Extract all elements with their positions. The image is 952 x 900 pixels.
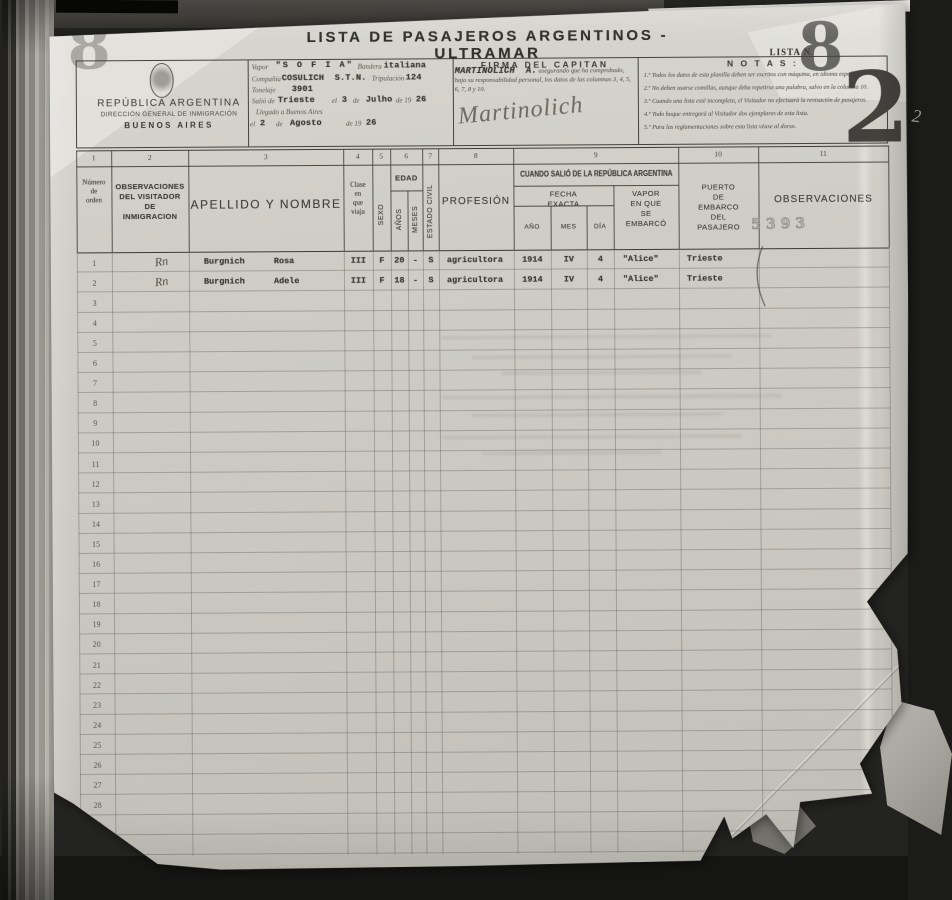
row-order-number: 3: [93, 299, 97, 308]
column-number: 7: [428, 151, 432, 160]
cell-apellido: Burgnich: [204, 256, 245, 266]
tripulacion-value: 124: [406, 72, 422, 82]
cell-vapor: "Alice": [623, 254, 659, 264]
row-order-number: 5: [93, 339, 97, 348]
table-line: [513, 185, 678, 187]
row-order-number: 28: [94, 801, 102, 810]
cell-edad-anos: 18: [394, 276, 404, 286]
col-header-vapor: VAPOR EN QUE SE EMBARCÓ: [626, 189, 667, 229]
nota-item: 3.º Cuando una lista esté incompleta, el…: [644, 97, 867, 105]
cell-estado-civil: S: [428, 255, 433, 265]
table-line: [587, 205, 588, 249]
column-number: 2: [148, 153, 152, 162]
cell-clase: III: [351, 256, 366, 266]
llegado-label: Llegado a Buenos Aires: [256, 108, 323, 116]
row-order-number: 7: [93, 379, 97, 388]
vapor-label: Vapor: [252, 63, 269, 71]
col-header-observaciones: OBSERVACIONES: [774, 194, 873, 206]
row-order-number: 25: [93, 741, 101, 750]
row-order-number: 6: [93, 359, 97, 368]
row-order-number: 21: [93, 660, 101, 669]
table-line: [613, 185, 614, 249]
table-line: [551, 206, 552, 250]
compania-value: COSULICH S.T.N.: [282, 73, 367, 84]
column-number: 11: [820, 149, 827, 158]
nota-item: 4.º Todo buque entregará al Visitador do…: [644, 110, 808, 118]
column-number: 6: [404, 151, 408, 160]
row-order-number: 29: [94, 821, 102, 830]
llegado-day: 2: [260, 118, 265, 128]
bandera-label: Bandera: [358, 63, 382, 71]
cell-salida-ano: 1914: [522, 255, 542, 265]
pen-crease-mark: [751, 244, 769, 308]
cell-salida-mes: IV: [564, 275, 574, 285]
column-number: 8: [474, 151, 478, 160]
row-order-number: 12: [92, 479, 100, 488]
salio-year: 26: [416, 94, 427, 104]
row-order-number: 9: [93, 419, 97, 428]
row-order-number: 1: [92, 258, 96, 267]
column-number: 1: [92, 153, 96, 162]
row-order-number: 30: [94, 841, 102, 850]
salio-day: 3: [342, 95, 347, 105]
col-header-anos: AÑOS: [396, 209, 403, 231]
captain-name: MARTINOLICH A.: [455, 66, 537, 77]
tonelaje-label: Tonelaje: [252, 86, 276, 94]
notas-heading: N O T A S :: [688, 58, 838, 69]
tripulacion-label: Tripulación: [372, 74, 405, 82]
row-order-number: 23: [93, 701, 101, 710]
col-header-mes: MES: [561, 223, 577, 230]
cell-profesion: agricultora: [447, 275, 503, 285]
column-number: 10: [714, 150, 722, 159]
cell-edad-anos: 20: [394, 255, 404, 265]
row-order-number: 27: [94, 781, 102, 790]
col-header-profesion: PROFESIÓN: [442, 196, 510, 207]
col-header-apellido-y-nombre: APELLIDO Y NOMBRE: [190, 197, 341, 212]
cell-sexo: F: [379, 256, 384, 266]
cell-nombre: Rosa: [274, 256, 294, 266]
nota-item: 1.º Todos los datos de esta planilla deb…: [644, 71, 860, 79]
llegado-el-label: el: [250, 120, 255, 128]
row-order-number: 4: [93, 319, 97, 328]
table-line: [76, 162, 888, 168]
cell-mark: Rn: [154, 254, 169, 271]
col-header-sexo: SEXO: [378, 204, 385, 225]
cell-salida-ano: 1914: [522, 275, 542, 285]
registry-number-stamp: 5393: [738, 215, 822, 233]
col-header-estado-civil: ESTADO CIVIL: [427, 184, 434, 238]
llegado-de19-label: de 19: [346, 120, 361, 128]
nota-item: 2.º No deben usarse comillas, aunque deb…: [644, 84, 868, 92]
row-order-number: 17: [92, 580, 100, 589]
row-order-number: 24: [93, 721, 101, 730]
column-number: 4: [356, 152, 360, 161]
row-order-number: 20: [93, 640, 101, 649]
col-header-observaciones-visitador: OBSERVACIONES DEL VISITADOR DE INMIGRACI…: [115, 182, 184, 222]
row-order-number: 11: [92, 459, 100, 468]
cell-nombre: Adele: [274, 276, 300, 286]
salio-month: Julho: [366, 95, 393, 105]
el-label: el: [332, 97, 337, 105]
agency-department: DIRECCIÓN GENERAL DE INMIGRACIÓN: [86, 110, 252, 118]
cell-puerto-embarco: Trieste: [687, 254, 723, 264]
cell-profesion: agricultora: [447, 255, 503, 265]
col-header-clase: Clase en que viaja: [350, 181, 366, 217]
coat-of-arms-seal: [150, 63, 174, 98]
col-header-edad: EDAD: [395, 173, 418, 183]
row-order-number: 13: [92, 500, 100, 509]
tonelaje-value: 3901: [292, 84, 313, 94]
col-header-puerto: PUERTO DE EMBARCO DEL PASAJERO: [697, 182, 740, 232]
vapor-value: "S O F I A": [276, 60, 354, 70]
column-number: 3: [264, 152, 268, 161]
col-header-meses: MESES: [412, 206, 419, 233]
table-line: [390, 190, 422, 191]
salio-label: Salió de: [252, 97, 275, 105]
bandera-value: italiana: [384, 60, 426, 70]
cell-clase: III: [351, 276, 366, 286]
llegado-year: 26: [366, 118, 377, 128]
col-header-dia: DÍA: [594, 223, 606, 230]
agency-city: BUENOS AIRES: [94, 120, 244, 130]
cell-sexo: F: [379, 276, 384, 286]
cell-puerto-embarco: Trieste: [687, 274, 723, 284]
nota-item: 5.º Para las reglamentaciones sobre esta…: [644, 123, 796, 131]
row-order-number: 8: [93, 399, 97, 408]
compania-label: Compañía: [252, 75, 281, 83]
cell-salida-dia: 4: [598, 254, 603, 264]
column-number: 9: [594, 150, 598, 159]
document-page: 8 LISTA DE PASAJEROS ARGENTINOS - ULTRAM…: [49, 1, 912, 898]
cell-mark: Rn: [154, 274, 169, 291]
row-order-number: 18: [92, 600, 100, 609]
row-order-number: 26: [93, 761, 101, 770]
row-order-number: 10: [91, 439, 99, 448]
cell-edad-meses: -: [413, 255, 418, 265]
cell-vapor: "Alice": [623, 274, 659, 284]
col-header-ano: AÑO: [524, 224, 540, 231]
column-number: 5: [379, 152, 383, 161]
book-binding-edges: [2, 0, 54, 900]
salio-port: Trieste: [278, 95, 315, 105]
de19-label: de 19: [396, 96, 411, 104]
row-order-number: 22: [93, 680, 101, 689]
llegado-de-label: de: [276, 120, 283, 128]
col-header-cuando-salio: CUANDO SALIÓ DE LA REPÚBLICA ARGENTINA: [520, 169, 672, 179]
de-label: de: [353, 97, 360, 105]
col-header-fecha-exacta: FECHA EXACTA: [547, 189, 579, 209]
cell-salida-mes: IV: [564, 254, 574, 264]
cell-apellido: Burgnich: [204, 277, 245, 287]
row-order-number: 16: [92, 560, 100, 569]
row-order-number: 14: [92, 520, 100, 529]
cell-edad-meses: -: [413, 275, 418, 285]
col-header-numero-de-orden: Número de orden: [82, 178, 105, 205]
row-order-number: 15: [92, 540, 100, 549]
table-line: [407, 190, 408, 250]
row-order-number: 19: [93, 620, 101, 629]
cell-salida-dia: 4: [598, 274, 603, 284]
agency-country: REPÚBLICA ARGENTINA: [94, 97, 244, 109]
captain-statement: MARTINOLICH A. asegurando que ha comprob…: [455, 66, 633, 94]
row-order-number: 2: [92, 278, 96, 287]
llegado-month: Agosto: [290, 118, 322, 128]
cell-estado-civil: S: [428, 275, 433, 285]
